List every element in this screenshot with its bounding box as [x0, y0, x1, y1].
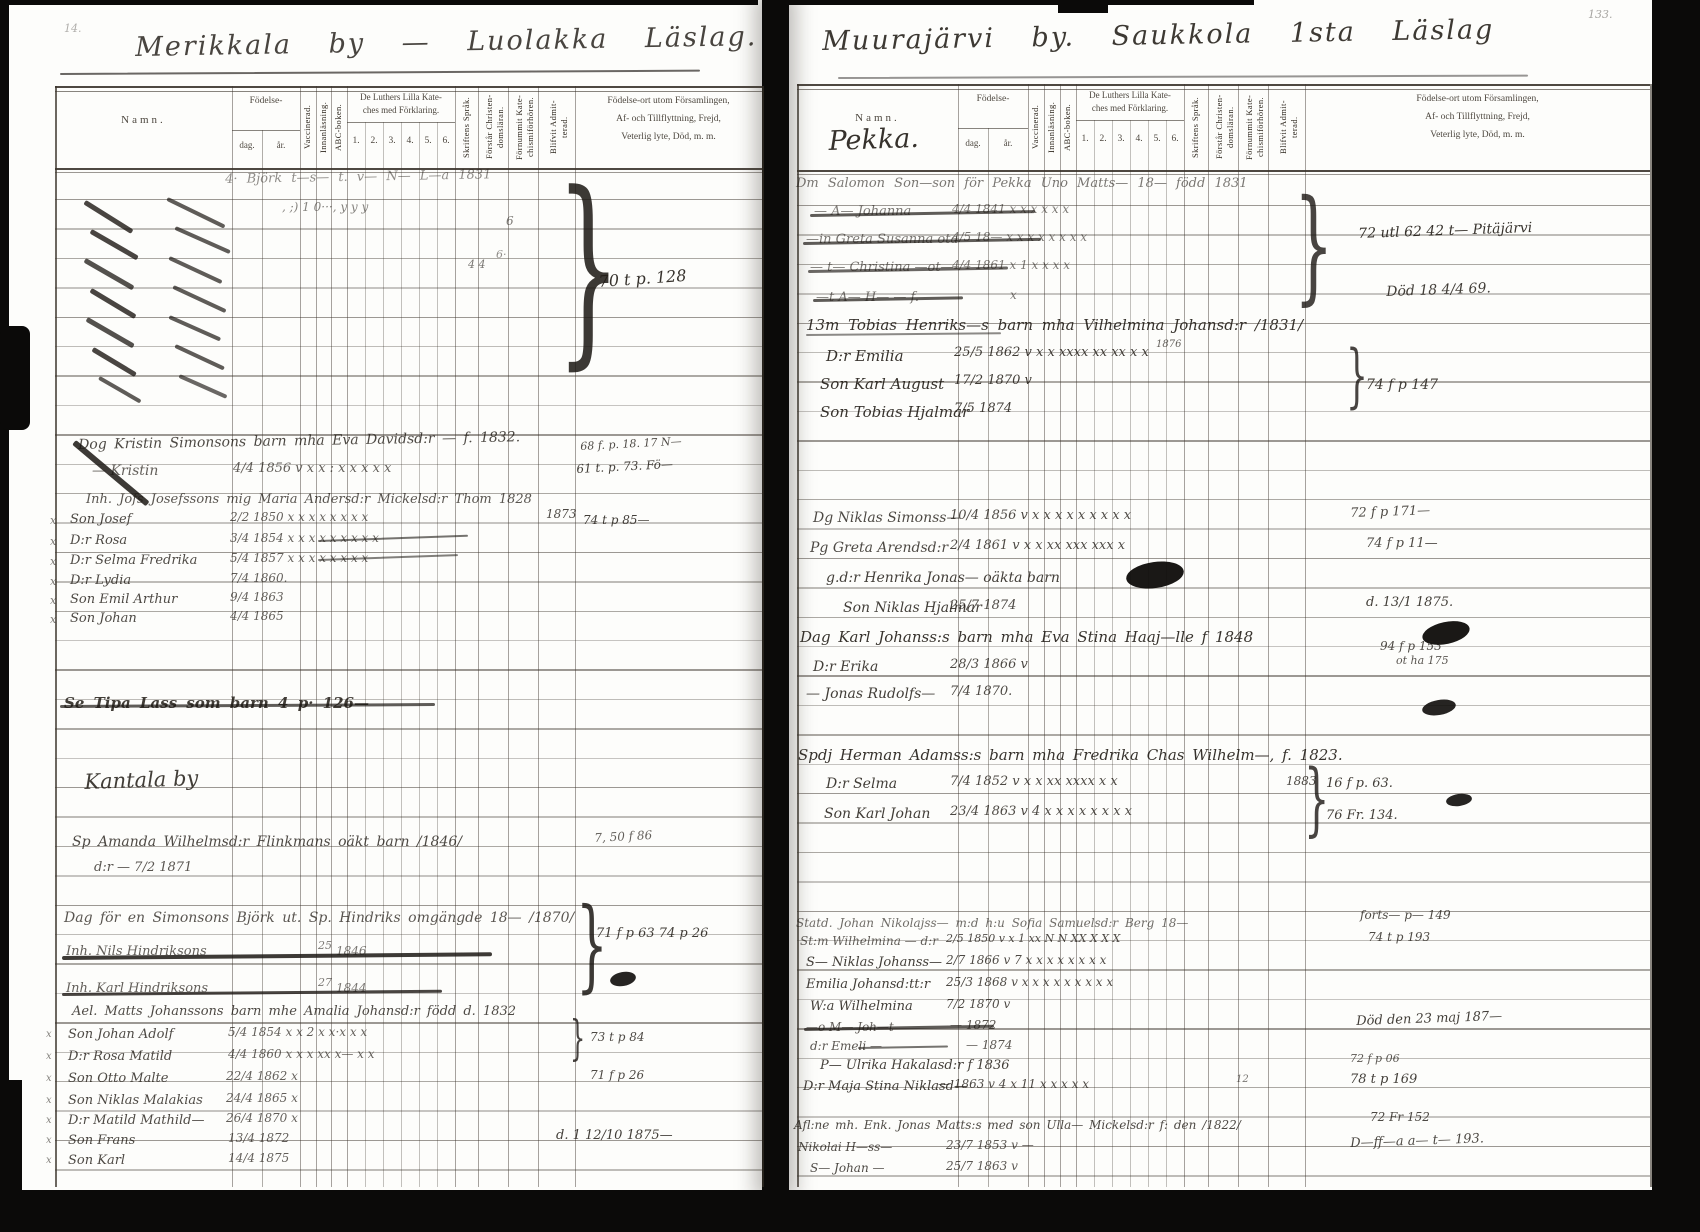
handwritten-entry: x: [46, 1051, 52, 1062]
handwritten-entry: W:a Wilhelmina: [810, 999, 913, 1014]
column-header-katekes-num: 3.: [1112, 134, 1130, 145]
scan-border-bottom: [0, 1190, 1700, 1232]
column-header-katekes-num: 2.: [1094, 134, 1112, 145]
handwritten-entry: 74 t p 85—: [583, 513, 650, 527]
rule-line: [797, 793, 1650, 794]
ink-stroke: [806, 332, 1001, 335]
handwritten-entry: St:m Wilhelmina — d:r: [800, 934, 938, 948]
handwritten-entry: D:r Emilia: [826, 347, 904, 365]
column-header-remarks: Af- och Tillflyttning, Frejd,: [575, 114, 762, 125]
column-line: [419, 122, 420, 1187]
handwritten-entry: Statd. Johan Nikolajss— m:d h:u Sofia Sa…: [796, 916, 1188, 930]
handwritten-entry: Emilia Johansd:tt:r: [806, 977, 930, 992]
column-line: [1112, 120, 1113, 1187]
scanned-register-spread: Namn.Födelse-dag.år.Vaccinerad.Innanläsn…: [0, 0, 1700, 1232]
column-header-katekes-line1: De Luthers Lilla Kate-: [1076, 90, 1184, 101]
handwritten-entry: 7/4 1870.: [950, 684, 1012, 699]
column-header-fornummit-katechismiforhoren: Förnummit Kate-: [514, 89, 524, 165]
column-header-remarks: Veterlig lyte, Död, m. m.: [1305, 130, 1650, 141]
column-header-remarks: Veterlig lyte, Död, m. m.: [575, 132, 762, 143]
handwritten-entry: 23/4 1863 v 4 x x x x x x x x: [950, 804, 1132, 819]
handwritten-entry: Sp Amanda Wilhelmsd:r Flinkmans oäkt bar…: [72, 834, 462, 850]
rule-line: [55, 522, 762, 523]
handwritten-entry: x: [50, 613, 56, 626]
rule-line: [55, 346, 762, 347]
handwritten-entry: 2/2 1850 x x x x x x x x: [230, 510, 368, 524]
rule-line: [55, 1169, 762, 1170]
column-header-katekes-line1: De Luthers Lilla Kate-: [347, 92, 455, 103]
rule-line: [797, 170, 1650, 172]
rule-line: [958, 128, 1028, 129]
handwritten-entry: x: [50, 535, 56, 548]
handwritten-entry: Son Johan: [70, 611, 137, 626]
handwritten-entry: Dag Karl Johanss:s barn mha Eva Stina Ha…: [800, 628, 1253, 646]
column-header-dag: dag.: [958, 138, 988, 149]
handwritten-entry: x: [50, 575, 56, 588]
handwritten-entry: Dag för en Simonsons Björk ut. Sp. Hindr…: [64, 910, 574, 926]
handwritten-entry: Son Tobias Hjalmar: [820, 403, 969, 421]
handwritten-entry: 7/4 1852 v x x xx xxxx x x: [950, 774, 1118, 789]
handwritten-entry: 74 t p 193: [1368, 930, 1430, 944]
handwritten-entry: 7/5 1874: [954, 401, 1012, 416]
handwritten-entry: Inh. Jofs Josefssons mig Maria Andersd:r…: [86, 492, 532, 507]
ink-stroke: [89, 288, 136, 319]
handwritten-entry: Död den 23 maj 187—: [1356, 1009, 1502, 1029]
column-line: [383, 122, 384, 1187]
column-line: [1268, 84, 1269, 1187]
rule-line: [797, 84, 1650, 86]
column-line: [1148, 120, 1149, 1187]
rule-line: [797, 734, 1650, 735]
handwritten-entry: 4/4 1861 x 1 x x x x: [952, 258, 1070, 272]
handwritten-entry: 61 t. p. 73. Fö—: [576, 457, 673, 476]
rule-line: [797, 1146, 1650, 1147]
rule-line: [797, 470, 1650, 471]
column-line: [1094, 120, 1095, 1187]
rule-line: [797, 293, 1650, 294]
rule-line: [55, 758, 762, 759]
rule-line: [1076, 120, 1184, 121]
column-header-skriftens-sprak: Skriftens Språk.: [461, 89, 471, 165]
handwritten-entry: 26/4 1870 x: [226, 1111, 298, 1125]
rule-line: [797, 1175, 1650, 1176]
handwritten-entry: ot ha 175: [1396, 654, 1449, 667]
rule-line: [347, 122, 455, 123]
column-header-innanlasning: Innanläsning.: [318, 89, 328, 165]
rule-line: [55, 640, 762, 641]
handwritten-entry: D:r Matild Mathild—: [68, 1113, 205, 1128]
ink-stroke: [858, 1045, 948, 1049]
column-header-skriftens-sprak: Skriftens Språk.: [1190, 87, 1200, 167]
handwritten-entry: Ael. Matts Johanssons barn mhe Amalia Jo…: [72, 1004, 516, 1019]
column-header-fodelse: Födelse-: [232, 96, 300, 107]
handwritten-entry: 4/4 1856 v x x : x x x x x: [233, 461, 391, 476]
handwritten-entry: D:r Rosa: [70, 533, 127, 548]
handwritten-entry: g.d:r Henrika Jonas— oäkta barn: [826, 570, 1060, 586]
handwritten-entry: 4· Björk t—s— t. v— N— L—a 1831: [225, 167, 492, 187]
handwritten-entry: 24/4 1865 x: [226, 1091, 298, 1105]
handwritten-entry: Afl:ne mh. Enk. Jonas Matts:s med son Ul…: [794, 1118, 1241, 1132]
rule-line: [797, 352, 1650, 353]
ink-stroke: [166, 197, 225, 229]
handwritten-entry: D—ff—a a— t— 193.: [1350, 1131, 1484, 1151]
column-line: [797, 84, 799, 1187]
rule-line: [797, 587, 1650, 588]
handwritten-entry: x: [46, 1155, 52, 1166]
handwritten-entry: 7/2 1870 v: [946, 997, 1010, 1011]
column-header-vaccinerad: Vaccinerad.: [302, 89, 312, 165]
handwritten-entry: 74 f p 147: [1366, 377, 1438, 393]
column-header-fornummit-katechismiforhoren: Förnummit Kate-: [1244, 87, 1254, 167]
rule-line: [797, 1028, 1650, 1029]
handwritten-entry: 4 4: [468, 258, 486, 271]
rule-line: [55, 199, 762, 200]
right-page-title: Muurajärvi by. Saukkola 1sta Läslag: [822, 14, 1495, 57]
ink-stroke: [838, 75, 1528, 79]
handwritten-entry: Pg Greta Arendsd:r: [810, 540, 948, 556]
rule-line: [55, 258, 762, 259]
ink-blot: [609, 970, 637, 988]
handwritten-entry: 25/7 1863 v: [946, 1159, 1018, 1173]
handwritten-entry: 2/5 1850 v x 1 xx N N XX X X X: [946, 932, 1120, 945]
handwritten-entry: 6: [506, 214, 514, 228]
handwritten-entry: 4/4 1860 x x x xx x— x x: [228, 1047, 375, 1061]
column-header-katekes-num: 4.: [1130, 134, 1148, 145]
handwritten-entry: 1876: [1156, 339, 1181, 350]
column-header-remarks: Födelse-ort utom Församlingen,: [575, 96, 762, 107]
column-header-innanlasning: Innanläsning.: [1046, 87, 1056, 167]
page-gutter: [762, 0, 789, 1192]
left-page-number: 14.: [64, 22, 82, 35]
handwritten-entry: 25/7 1874: [950, 598, 1016, 613]
handwritten-entry: 71 f p 26: [590, 1068, 644, 1082]
handwritten-entry: 25/3 1868 v x x x x x x x x x: [946, 975, 1113, 989]
column-header-dag: dag.: [232, 140, 262, 151]
column-header-forstar-christendomslaran: Förstår Christen-: [1214, 87, 1224, 167]
handwritten-entry: d. 13/1 1875.: [1366, 595, 1453, 610]
ink-brace: }: [1294, 198, 1333, 295]
rule-line: [797, 822, 1650, 823]
rule-line: [55, 317, 762, 318]
rule-line: [797, 911, 1650, 912]
rule-line: [797, 852, 1650, 853]
right-page-number: 133.: [1588, 8, 1613, 21]
column-header-katekes-num: 4.: [401, 136, 419, 147]
column-header-forstar-christendomslaran: Förstår Christen-: [484, 89, 494, 165]
rule-line: [797, 440, 1650, 441]
column-header-abc-boken: ABC-boken.: [333, 89, 343, 165]
rule-line: [797, 528, 1650, 529]
column-header-katekes-num: 5.: [1148, 134, 1166, 145]
column-header-katekes-num: 6.: [1166, 134, 1184, 145]
handwritten-entry: 72 f p 171—: [1350, 503, 1430, 521]
column-header-namn: Namn.: [797, 112, 958, 125]
handwritten-entry: 13/4 1872: [228, 1131, 289, 1145]
handwritten-entry: S— Johan —: [810, 1161, 885, 1175]
handwritten-entry: 1873: [546, 507, 577, 521]
handwritten-entry: Nikolai H—ss—: [798, 1140, 892, 1154]
rule-line: [797, 174, 1650, 175]
ink-stroke: [84, 258, 135, 290]
handwritten-entry: 7/4 1860.: [230, 571, 287, 585]
handwritten-entry: D:r Erika: [813, 659, 878, 675]
column-header-forstar-christendomslaran: domsläran.: [1225, 87, 1235, 167]
ink-stroke: [60, 70, 700, 75]
ink-stroke: [98, 376, 142, 403]
ink-blot: [1421, 697, 1457, 718]
ink-stroke: [174, 226, 230, 254]
handwritten-entry: d:r — 7/2 1871: [94, 860, 192, 875]
rule-line: [797, 705, 1650, 706]
handwritten-entry: D:r Lydia: [70, 573, 131, 588]
handwritten-entry: 12: [1236, 1074, 1249, 1085]
column-line: [1130, 120, 1131, 1187]
column-line: [1166, 120, 1167, 1187]
rule-line: [55, 611, 762, 612]
handwritten-entry: 22/4 1862 x: [226, 1069, 298, 1083]
handwritten-entry: 14/4 1875: [228, 1151, 289, 1165]
ink-stroke: [168, 256, 222, 284]
handwritten-entry: Son Emil Arthur: [70, 592, 177, 607]
rule-line: [55, 375, 762, 376]
scan-border-right: [1652, 0, 1700, 1232]
handwritten-entry: Kantala by: [84, 766, 199, 794]
handwritten-entry: 27: [318, 976, 332, 989]
rule-line: [55, 287, 762, 288]
rule-line: [797, 558, 1650, 559]
rule-line: [797, 999, 1650, 1000]
handwritten-entry: Död 18 4/4 69.: [1386, 280, 1491, 300]
handwritten-entry: 68 f. p. 18. 17 N—: [580, 435, 682, 453]
column-header-ar: år.: [262, 140, 300, 151]
scan-border-top-blob: [1058, 0, 1108, 13]
ink-brace: }: [1346, 350, 1368, 404]
column-header-namn: Namn.: [55, 114, 232, 127]
ink-stroke: [172, 285, 226, 313]
column-header-katekes-num: 1.: [347, 136, 365, 147]
handwritten-entry: x: [46, 1073, 52, 1084]
ink-stroke: [174, 344, 225, 370]
column-header-blifvit-admitterad: Blifvit Admit-: [1278, 87, 1288, 167]
rule-line: [797, 499, 1650, 500]
handwritten-entry: 74 f p 11—: [1366, 536, 1438, 551]
name-column-annotation-pekka: Pekka.: [828, 123, 919, 157]
handwritten-entry: Son Otto Malte: [68, 1071, 168, 1086]
handwritten-entry: 72 utl 62 42 t— Pitäjärvi: [1358, 220, 1533, 242]
rule-line: [55, 963, 762, 964]
column-header-fodelse: Födelse-: [958, 94, 1028, 105]
rule-line: [55, 905, 762, 906]
column-header-katekes-line2: ches med Förklaring.: [347, 105, 455, 116]
handwritten-entry: 6·: [496, 248, 507, 261]
column-header-katekes-num: 2.: [365, 136, 383, 147]
handwritten-entry: 7, 50 f 86: [594, 828, 653, 845]
rule-line: [797, 675, 1650, 676]
column-header-remarks: Födelse-ort utom Församlingen,: [1305, 94, 1650, 105]
ink-brace: }: [576, 906, 608, 984]
rule-line: [797, 617, 1650, 618]
ink-blot: [1445, 792, 1472, 808]
handwritten-entry: Spdj Herman Adamss:s barn mha Fredrika C…: [798, 746, 1343, 764]
handwritten-entry: Dg Niklas Simonss—: [813, 510, 960, 526]
scan-border-top-left: [0, 0, 758, 5]
ink-stroke: [91, 347, 136, 377]
handwritten-entry: x: [1010, 288, 1017, 302]
handwritten-entry: P— Ulrika Hakalasd:r f 1836: [820, 1058, 1010, 1073]
rule-line: [55, 228, 762, 229]
ink-brace: }: [570, 1020, 585, 1057]
handwritten-entry: 72 f p 06: [1350, 1052, 1400, 1065]
column-line: [1650, 84, 1652, 1187]
handwritten-entry: x: [46, 1029, 52, 1040]
column-header-katekes-num: 3.: [383, 136, 401, 147]
ink-stroke: [86, 317, 135, 348]
handwritten-entry: — 1874: [966, 1038, 1012, 1052]
handwritten-entry: x: [46, 1095, 52, 1106]
handwritten-entry: 71 f p 63 74 p 26: [596, 926, 708, 941]
ink-stroke: [90, 229, 139, 260]
column-header-abc-boken: ABC-boken.: [1062, 87, 1072, 167]
column-line: [401, 122, 402, 1187]
handwritten-entry: S— Niklas Johanss—: [806, 955, 942, 970]
handwritten-entry: Son Johan Adolf: [68, 1027, 173, 1042]
handwritten-entry: 2/7 1866 v 7 x x x x x x x x: [946, 953, 1106, 967]
scan-border-top-right: [789, 0, 1254, 5]
rule-line: [55, 669, 762, 670]
rule-line: [232, 130, 300, 131]
handwritten-entry: — Jonas Rudolfs—: [806, 686, 935, 702]
column-header-katekes-num: 1.: [1076, 134, 1094, 145]
handwritten-entry: 25/5 1862 v x x xxxx xx xx x x: [954, 345, 1149, 360]
handwritten-entry: D:r Selma Fredrika: [70, 553, 197, 568]
handwritten-entry: 23/7 1853 v —: [946, 1138, 1034, 1152]
rule-line: [55, 405, 762, 406]
column-line: [762, 86, 764, 1187]
handwritten-entry: Son Josef: [70, 512, 131, 527]
scan-border-left-blob: [0, 326, 30, 430]
ink-stroke: [178, 374, 227, 399]
rule-line: [55, 875, 762, 876]
handwritten-entry: 94 f p 153: [1380, 639, 1442, 653]
handwritten-entry: 76 Fr. 134.: [1326, 808, 1398, 823]
handwritten-entry: 2/4 1861 v x x xx xxx xxx x: [950, 538, 1125, 553]
handwritten-entry: 4/4 1865: [230, 609, 284, 623]
handwritten-entry: x: [50, 594, 56, 607]
column-header-fornummit-katechismiforhoren: chismiförhören.: [525, 89, 535, 165]
column-header-remarks: Af- och Tillflyttning, Frejd,: [1305, 112, 1650, 123]
handwritten-entry: 73 t p 84: [590, 1030, 645, 1044]
handwritten-entry: x: [50, 514, 56, 527]
rule-line: [55, 728, 762, 729]
column-header-katekes-num: 5.: [419, 136, 437, 147]
handwritten-entry: — 1863 v 4 x 11 x x x x x: [938, 1077, 1089, 1091]
handwritten-entry: 10/4 1856 v x x x x x x x x x: [950, 508, 1131, 523]
handwritten-entry: forts— p— 149: [1360, 908, 1451, 922]
column-header-ar: år.: [988, 138, 1028, 149]
handwritten-entry: Son Karl August: [820, 375, 944, 393]
handwritten-entry: 72 Fr 152: [1370, 1110, 1430, 1124]
rule-line: [797, 646, 1650, 647]
column-header-forstar-christendomslaran: domsläran.: [495, 89, 505, 165]
handwritten-entry: 16 f p. 63.: [1326, 776, 1393, 791]
rule-line: [55, 816, 762, 817]
handwritten-entry: x: [46, 1115, 52, 1126]
rule-line: [55, 1110, 762, 1111]
handwritten-entry: Son Niklas Malakias: [68, 1093, 203, 1108]
handwritten-entry: Son Karl: [68, 1153, 125, 1168]
handwritten-entry: 13m Tobias Henriks—s barn mha Vilhelmina…: [806, 316, 1303, 334]
ink-brace: }: [556, 190, 621, 350]
rule-line: [55, 86, 762, 88]
column-header-katekes-num: 6.: [437, 136, 455, 147]
handwritten-entry: x: [46, 1135, 52, 1146]
column-header-katekes-line2: ches med Förklaring.: [1076, 103, 1184, 114]
handwritten-entry: , ;) 1 0···, y y y: [282, 200, 368, 214]
handwritten-entry: D:r Rosa Matild: [68, 1049, 172, 1064]
handwritten-entry: d. 1 12/10 1875—: [556, 1128, 673, 1143]
rule-line: [55, 581, 762, 582]
column-header-blifvit-admitterad: terad.: [1289, 87, 1299, 167]
handwritten-entry: Son Frans: [68, 1133, 135, 1148]
column-line: [437, 122, 438, 1187]
left-page-title: Merikkala by — Luolakka Läslag.: [135, 21, 758, 63]
column-header-fornummit-katechismiforhoren: chismiförhören.: [1255, 87, 1265, 167]
scan-border-left: [0, 0, 9, 1192]
handwritten-entry: 5/4 1854 x x 2 x x·x x x: [228, 1025, 367, 1039]
handwritten-entry: 78 t p 169: [1350, 1072, 1417, 1087]
rule-line: [55, 1022, 762, 1023]
handwritten-entry: Son Karl Johan: [824, 806, 930, 822]
rule-line: [797, 205, 1650, 206]
handwritten-entry: 28/3 1866 v: [950, 657, 1028, 672]
ink-stroke: [168, 315, 221, 341]
handwritten-entry: 17/2 1870 v: [954, 373, 1032, 388]
handwritten-entry: 25: [318, 939, 332, 952]
handwritten-entry: Dm Salomon Son—son för Pekka Uno Matts— …: [796, 176, 1248, 191]
handwritten-entry: D:r Selma: [826, 776, 897, 792]
rule-line: [797, 881, 1650, 882]
handwritten-entry: x: [50, 555, 56, 568]
handwritten-entry: 9/4 1863: [230, 590, 284, 604]
column-header-vaccinerad: Vaccinerad.: [1030, 87, 1040, 167]
